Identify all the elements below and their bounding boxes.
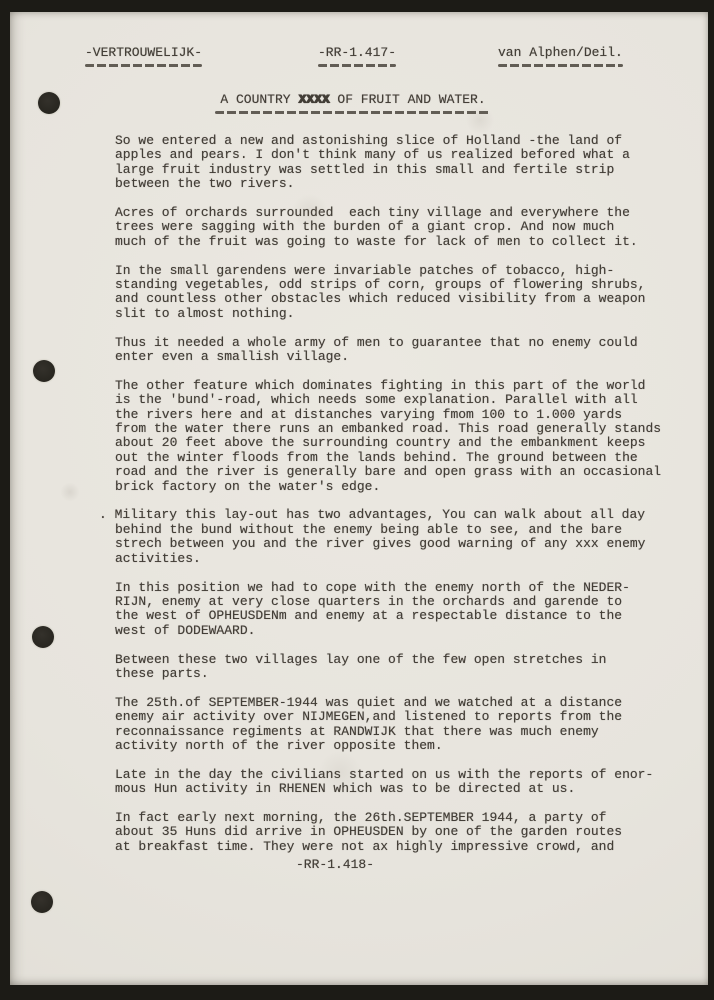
paper-sheet: -VERTROUWELIJK- -RR-1.417- van Alphen/De… [10,12,708,985]
paragraph: Acres of orchards surrounded each tiny v… [115,206,661,249]
page-title-text: A COUNTRY [220,92,298,107]
author-label: van Alphen/Deil. [498,46,623,67]
scanned-document-page: -VERTROUWELIJK- -RR-1.417- van Alphen/De… [0,0,714,1000]
paragraph: The other feature which dominates fighti… [115,379,661,494]
underline [85,64,202,67]
paragraph: Late in the day the civilians started on… [115,768,661,797]
next-page-reference: -RR-1.418- [0,858,684,872]
underline [318,64,396,67]
classification-label: -VERTROUWELIJK- [85,46,202,67]
paragraph: The 25th.of SEPTEMBER-1944 was quiet and… [115,696,661,754]
paragraph: Thus it needed a whole army of men to gu… [115,336,661,365]
paragraph: . Military this lay-out has two advantag… [115,508,661,566]
punch-hole [31,891,53,913]
punch-hole [33,360,55,382]
underline [215,111,491,114]
paragraph: In fact early next morning, the 26th.SEP… [115,811,661,854]
page-title-text: OF FRUIT AND WATER. [330,92,486,107]
classification-text: -VERTROUWELIJK- [85,45,202,60]
struck-out-word: XXXX [298,92,329,107]
author-text: van Alphen/Deil. [498,45,623,60]
document-reference: -RR-1.417- [318,46,396,67]
punch-hole [32,626,54,648]
page-title: A COUNTRY XXXX OF FRUIT AND WATER. [4,93,702,114]
paragraph: So we entered a new and astonishing slic… [115,134,661,192]
paragraph: In the small garendens were invariable p… [115,264,661,322]
punch-hole [38,92,60,114]
next-page-reference-text: -RR-1.418- [296,857,374,872]
document-body: So we entered a new and astonishing slic… [115,134,661,869]
paragraph: Between these two villages lay one of th… [115,653,661,682]
underline [498,64,623,67]
document-reference-text: -RR-1.417- [318,45,396,60]
paragraph: In this position we had to cope with the… [115,581,661,639]
